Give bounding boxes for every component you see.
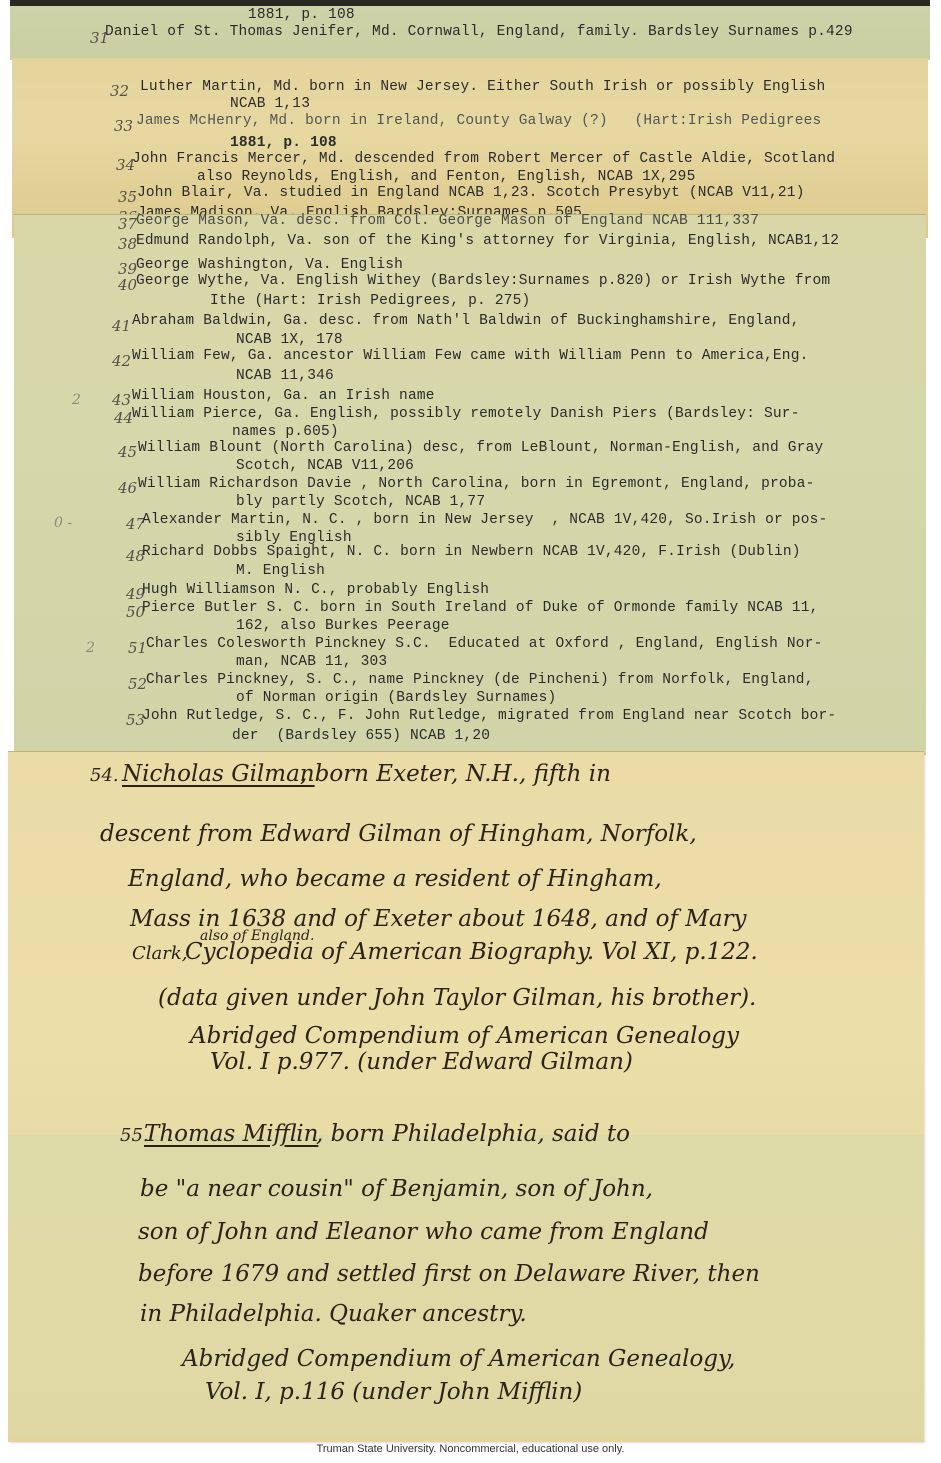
typed-line: bly partly Scotch, NCAB 1,77 xyxy=(236,493,485,511)
entry-number: 37 xyxy=(118,215,137,233)
typed-sheet-top: 1881, p. 108 31 Daniel of St. Thomas Jen… xyxy=(10,0,930,60)
entry-number: 52 xyxy=(128,675,147,693)
entry-number: 54. xyxy=(90,762,119,790)
handwritten-line: Vol. I p.977. (under Edward Gilman) xyxy=(210,1048,633,1076)
typed-line: William Houston, Ga. an Irish name xyxy=(132,387,435,405)
typed-line: Ithe (Hart: Irish Pedigrees, p. 275) xyxy=(210,292,530,310)
handwritten-line: Abridged Compendium of American Genealog… xyxy=(190,1022,739,1050)
entry-number: 33 xyxy=(114,117,133,135)
typed-line: NCAB 1,13 xyxy=(230,95,310,113)
margin-note: 0 - xyxy=(54,515,72,531)
typed-line: William Pierce, Ga. English, possibly re… xyxy=(132,405,800,423)
typed-line: James McHenry, Md. born in Ireland, Coun… xyxy=(136,112,821,130)
entry-number: 43 xyxy=(112,391,131,409)
typed-line: M. English xyxy=(236,562,325,580)
entry-number: 41 xyxy=(112,317,131,335)
margin-note: 2 xyxy=(72,392,81,408)
typed-line: Edmund Randolph, Va. son of the King's a… xyxy=(136,232,839,250)
handwritten-line: descent from Edward Gilman of Hingham, N… xyxy=(100,820,697,848)
handwritten-line: Clark, xyxy=(132,940,188,968)
typed-line: Scotch, NCAB V11,206 xyxy=(236,457,414,475)
handwritten-line: before 1679 and settled first on Delawar… xyxy=(138,1260,760,1288)
entry-number: 51 xyxy=(128,639,147,657)
typed-line: George Wythe, Va. English Withey (Bardsl… xyxy=(136,272,830,290)
typed-line: Pierce Butler S. C. born in South Irelan… xyxy=(142,599,819,617)
typed-line: man, NCAB 11, 303 xyxy=(236,653,387,671)
typed-line: Hugh Williamson N. C., probably English xyxy=(142,581,489,599)
typed-line: William Richardson Davie , North Carolin… xyxy=(138,475,815,493)
typed-line: der (Bardsley 655) NCAB 1,20 xyxy=(232,727,490,745)
typed-line: Daniel of St. Thomas Jenifer, Md. Cornwa… xyxy=(105,23,853,41)
typed-line: John Rutledge, S. C., F. John Rutledge, … xyxy=(142,707,836,725)
typed-line: William Few, Ga. ancestor William Few ca… xyxy=(132,347,809,365)
typed-line: George Mason, Va. desc. from Col. George… xyxy=(136,212,759,230)
entry-number: 35 xyxy=(118,188,137,206)
typed-line: Charles Colesworth Pinckney S.C. Educate… xyxy=(146,635,823,653)
typed-line: Abraham Baldwin, Ga. desc. from Nath'l B… xyxy=(132,312,800,330)
typed-line: Alexander Martin, N. C. , born in New Je… xyxy=(142,511,827,529)
copyright-footer: Truman State University. Noncommercial, … xyxy=(0,1443,941,1455)
typed-sheet-yellow: 32 Luther Martin, Md. born in New Jersey… xyxy=(12,58,928,238)
typed-line: John Blair, Va. studied in England NCAB … xyxy=(137,184,805,202)
entry-number: 32 xyxy=(110,82,129,100)
handwritten-line: , born Philadelphia, said to xyxy=(316,1120,630,1148)
entry-name: Nicholas Gilman xyxy=(122,760,315,788)
typed-line: 1881, p. 108 xyxy=(248,6,355,24)
handwritten-line: be "a near cousin" of Benjamin, son of J… xyxy=(140,1175,653,1203)
typed-line: Charles Pinckney, S. C., name Pinckney (… xyxy=(146,671,814,689)
handwritten-line: Abridged Compendium of American Genealog… xyxy=(182,1345,735,1373)
entry-number: 42 xyxy=(112,352,131,370)
margin-note: 2 xyxy=(86,640,95,656)
handwritten-line: in Philadelphia. Quaker ancestry. xyxy=(140,1300,527,1328)
handwritten-line: England, who became a resident of Hingha… xyxy=(128,865,662,893)
typed-line: 162, also Burkes Peerage xyxy=(236,617,450,635)
entry-number: 46 xyxy=(118,479,137,497)
handwritten-line: , born Exeter, N.H., fifth in xyxy=(300,760,611,788)
handwritten-line: (data given under John Taylor Gilman, hi… xyxy=(158,984,756,1012)
typed-line: of Norman origin (Bardsley Surnames) xyxy=(236,689,556,707)
handwritten-line: Cyclopedia of American Biography. Vol XI… xyxy=(185,938,758,966)
handwritten-line: son of John and Eleanor who came from En… xyxy=(138,1218,709,1246)
entry-name: Thomas Mifflin xyxy=(144,1120,318,1148)
typed-line: Richard Dobbs Spaight, N. C. born in New… xyxy=(142,543,801,561)
typed-line: John Francis Mercer, Md. descended from … xyxy=(132,150,835,168)
entry-number: 45 xyxy=(118,443,137,461)
typed-line: William Blount (North Carolina) desc, fr… xyxy=(138,439,823,457)
entry-number: 44 xyxy=(114,409,133,427)
typed-line: Luther Martin, Md. born in New Jersey. E… xyxy=(140,78,825,96)
typed-line: NCAB 11,346 xyxy=(236,367,334,385)
entry-number: 38 xyxy=(118,235,137,253)
typed-sheet-green: 37 George Mason, Va. desc. from Col. Geo… xyxy=(14,215,926,755)
handwritten-line: Vol. I, p.116 (under John Mifflin) xyxy=(205,1378,582,1406)
entry-number: 40 xyxy=(118,276,137,294)
